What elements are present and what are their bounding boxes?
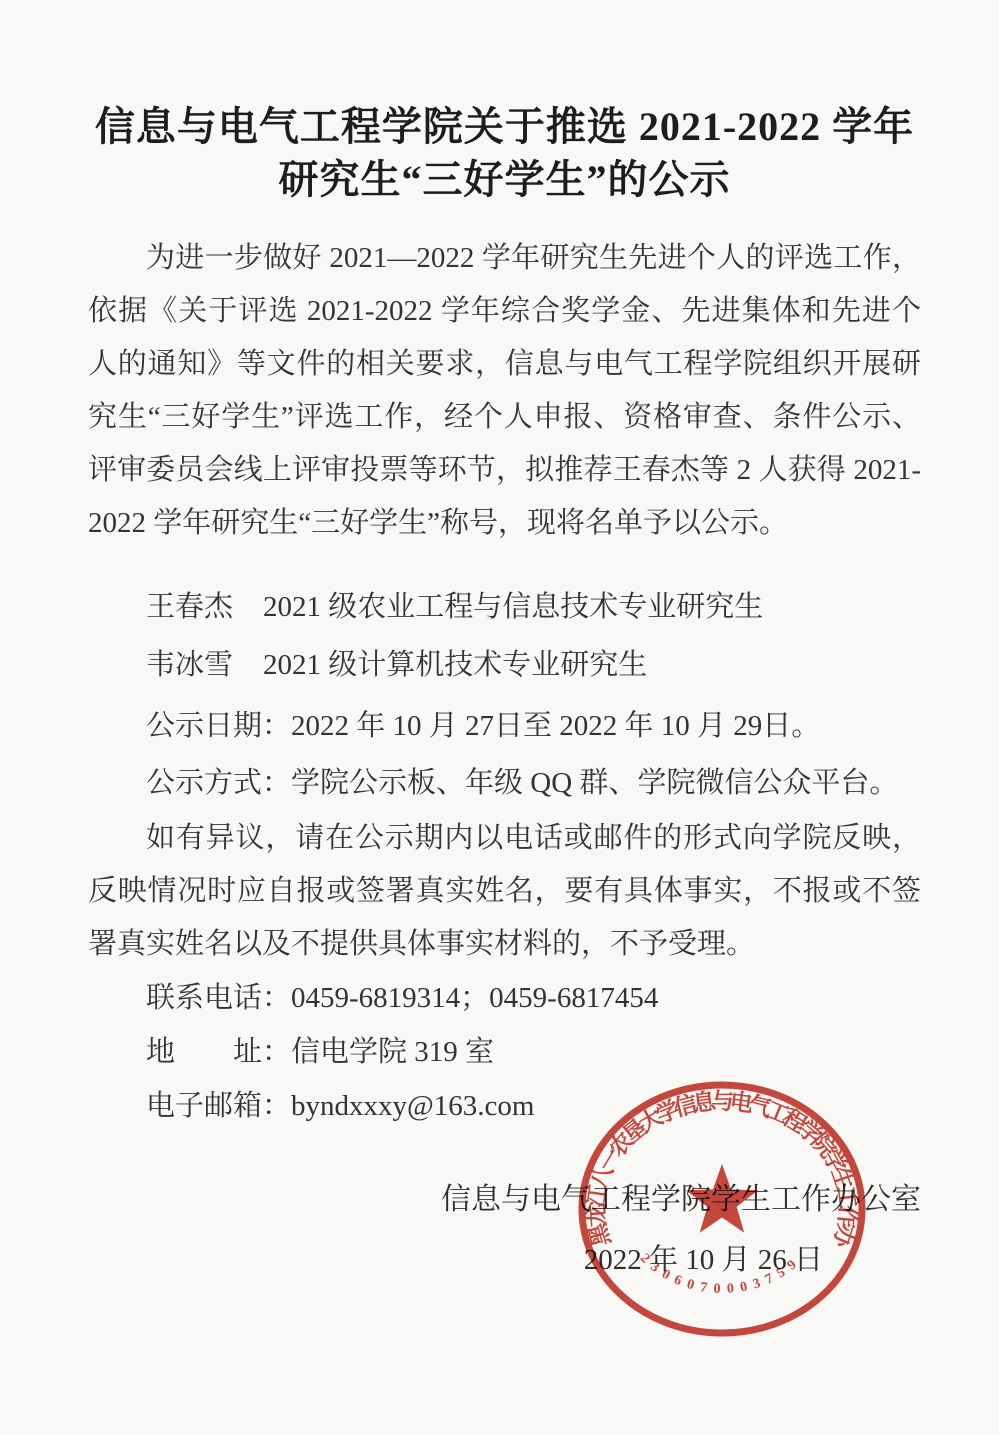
awardee-name: 王春杰 [146, 578, 233, 636]
svg-text:2306070003759: 2306070003759 [637, 1251, 801, 1297]
seal-serial-number: 2306070003759 [637, 1251, 801, 1297]
title-line-2: 研究生“三好学生”的公示 [88, 153, 921, 206]
official-seal: 黑龙江八一农垦大学信息与电气工程学院学生工作办公室 2306070003759 [557, 1062, 887, 1362]
announcement-document: 信息与电气工程学院关于推选 2021-2022 学年 研究生“三好学生”的公示 … [0, 0, 999, 1435]
awardee-program: 2021 级农业工程与信息技术专业研究生 [263, 591, 763, 623]
publicity-dates-line: 公示日期：2022 年 10 月 27日至 2022 年 10 月 29日。 [88, 698, 921, 755]
awardee-row-1: 王春杰2021 级农业工程与信息技术专业研究生 [146, 578, 921, 636]
intro-paragraph: 为进一步做好 2021—2022 学年研究生先进个人的评选工作，依据《关于评选 … [88, 232, 921, 550]
objection-paragraph: 如有异议，请在公示期内以电话或邮件的形式向学院反映，反映情况时应自报或签署真实姓… [88, 812, 921, 971]
awardee-row-2: 韦冰雪2021 级计算机技术专业研究生 [146, 636, 921, 694]
publicity-method-line: 公示方式：学院公示板、年级 QQ 群、学院微信公众平台。 [88, 755, 921, 812]
document-title: 信息与电气工程学院关于推选 2021-2022 学年 研究生“三好学生”的公示 [88, 100, 921, 206]
title-line-1: 信息与电气工程学院关于推选 2021-2022 学年 [88, 100, 921, 153]
awardee-name: 韦冰雪 [146, 636, 233, 694]
red-star-icon [686, 1164, 758, 1233]
awardee-program: 2021 级计算机技术专业研究生 [263, 649, 647, 681]
contact-phone-line: 联系电话：0459-6819314；0459-6817454 [88, 971, 921, 1025]
awardee-list: 王春杰2021 级农业工程与信息技术专业研究生 韦冰雪2021 级计算机技术专业… [146, 578, 921, 694]
